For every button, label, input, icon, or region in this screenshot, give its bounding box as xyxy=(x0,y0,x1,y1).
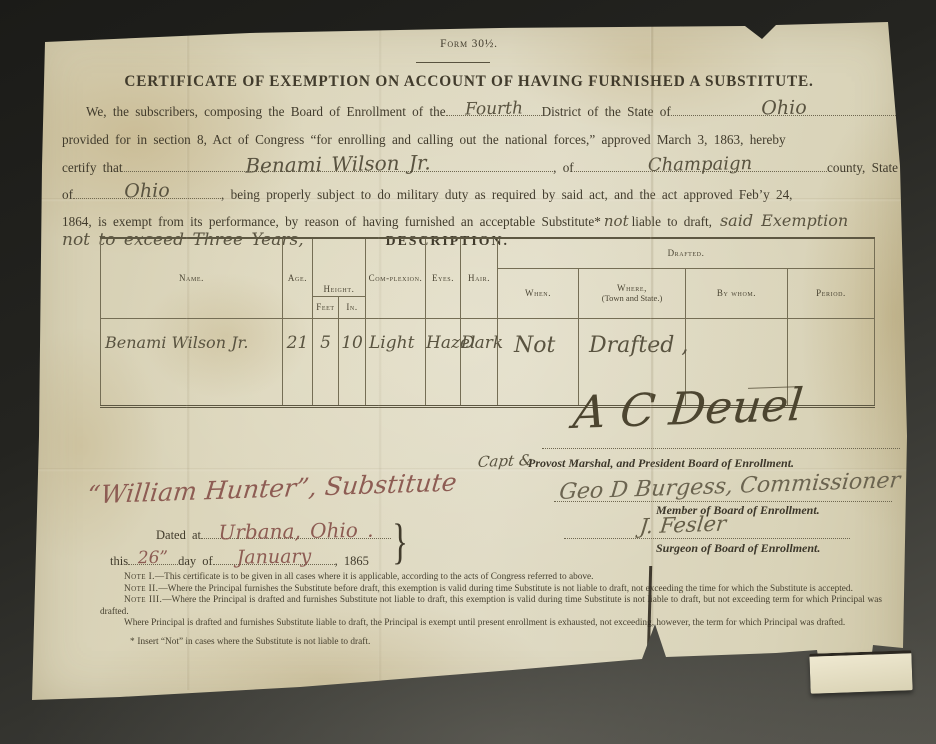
place-blank: Urbana, Ohio . xyxy=(201,538,391,539)
principal-name-entry: Benami Wilson Jr. xyxy=(245,152,431,175)
provost-signature-line xyxy=(542,448,900,449)
col-header-period: Period. xyxy=(788,268,875,318)
year-label: , 1865 xyxy=(335,554,369,569)
dated-line: Dated at Urbana, Ohio . xyxy=(156,528,391,543)
county-entry: Champaign xyxy=(648,155,753,175)
col-header-feet: Feet xyxy=(313,296,339,318)
this-label: this xyxy=(110,554,128,569)
day-line: this 26” day of January , 1865 xyxy=(110,554,369,569)
state-entry: Ohio xyxy=(762,99,808,119)
cell-drafted-when: Not xyxy=(498,318,579,406)
line2-text: provided for in section 8, Act of Congre… xyxy=(62,132,786,148)
cell-inches: 10 xyxy=(339,318,366,406)
col-header-hair: Hair. xyxy=(461,238,498,318)
form-number: Form 30½. xyxy=(26,38,912,50)
note-1: Note I.—This certificate is to be given … xyxy=(100,572,882,584)
paragraph-line-2: provided for in section 8, Act of Congre… xyxy=(62,132,786,148)
notes-block: Note I.—This certificate is to be given … xyxy=(100,572,882,649)
not-insert-entry: not xyxy=(604,212,629,230)
commissioner-signature: Geo D Burgess, Commissioner xyxy=(560,474,899,499)
line5-text: 1864, is exempt from its performance, by… xyxy=(62,214,601,230)
form-number-rule xyxy=(416,62,490,63)
state-blank: Ohio xyxy=(671,115,898,116)
col-header-eyes: Eyes. xyxy=(426,238,461,318)
col-header-when: When. xyxy=(498,268,579,318)
paragraph-line-4: of Ohio , being properly subject to do m… xyxy=(62,187,792,203)
document-paper: Form 30½. CERTIFICATE OF EXEMPTION ON AC… xyxy=(26,16,912,708)
col-header-where: Where, (Town and State.) xyxy=(579,268,686,318)
col-header-age: Age. xyxy=(283,238,313,318)
state2-entry: Ohio xyxy=(124,182,170,202)
photo-background: Form 30½. CERTIFICATE OF EXEMPTION ON AC… xyxy=(0,0,936,744)
surgeon-signature: J. Fesler xyxy=(640,513,726,537)
col-header-height: Height. xyxy=(313,238,366,296)
date-brace: } xyxy=(392,512,408,570)
col-header-by-whom: By whom. xyxy=(686,268,788,318)
torn-corner-flap xyxy=(809,650,912,694)
day-of-label: day of xyxy=(178,554,213,569)
line3-text: certify that xyxy=(62,160,122,176)
place-entry: Urbana, Ohio . xyxy=(218,520,373,543)
cell-complexion: Light xyxy=(366,318,426,406)
cell-name: Benami Wilson Jr. xyxy=(101,318,283,406)
line3-text-2: , of xyxy=(553,160,574,176)
where-sublabel: (Town and State.) xyxy=(602,293,663,303)
note-3: Note III.—Where the Principal is drafted… xyxy=(100,595,882,618)
col-header-name: Name. xyxy=(101,238,283,318)
district-blank: Fourth xyxy=(446,115,542,116)
paragraph-line-3: certify that Benami Wilson Jr. , of Cham… xyxy=(62,160,898,176)
cell-feet: 5 xyxy=(313,318,339,406)
cell-eyes: Hazel xyxy=(426,318,461,406)
col-header-drafted: Drafted. xyxy=(498,238,875,268)
paragraph-line-5: 1864, is exempt from its performance, by… xyxy=(62,211,848,230)
line1-text: We, the subscribers, composing the Board… xyxy=(86,104,446,120)
line1-text-2: District of the State of xyxy=(542,104,671,120)
capt-annotation: Capt & xyxy=(478,452,532,470)
commissioner-signature-line xyxy=(554,501,892,502)
provost-title: Provost Marshal, and President Board of … xyxy=(528,456,794,471)
line5-text-2: liable to draft, xyxy=(632,214,712,230)
paragraph-line-1: We, the subscribers, composing the Board… xyxy=(86,104,898,120)
dated-at-label: Dated at xyxy=(156,528,201,543)
line4-text-2: , being properly subject to do military … xyxy=(221,187,792,203)
month-blank: January xyxy=(213,564,335,565)
note-2: Note II.—Where the Principal furnishes t… xyxy=(100,584,882,596)
note-4: Where Principal is drafted and furnishes… xyxy=(100,618,882,630)
note-footnote: * Insert “Not” in cases where the Substi… xyxy=(100,637,882,649)
col-header-complexion: Com-plexion. xyxy=(366,238,426,318)
where-label: Where, xyxy=(617,283,647,293)
day-entry: 26” xyxy=(138,550,169,568)
surgeon-title: Surgeon of Board of Enrollment. xyxy=(656,541,820,556)
table-header-row-drafted: Name. Age. Height. Com-plexion. Eyes. Ha… xyxy=(101,238,875,268)
line4-text: of xyxy=(62,187,73,203)
substitute-signature: “William Hunter”, Substitute xyxy=(88,474,456,503)
day-blank: 26” xyxy=(128,564,178,565)
cell-age: 21 xyxy=(283,318,313,406)
surgeon-signature-line xyxy=(564,538,850,539)
cell-hair: Dark xyxy=(461,318,498,406)
document-title: CERTIFICATE OF EXEMPTION ON ACCOUNT OF H… xyxy=(26,73,912,91)
col-header-inches: In. xyxy=(339,296,366,318)
line3-text-3: county, State xyxy=(827,160,898,176)
state2-blank: Ohio xyxy=(73,198,221,199)
exemption-entry: said Exemption xyxy=(720,211,848,230)
county-blank: Champaign xyxy=(574,171,827,172)
provost-signature: A C Deuel xyxy=(574,382,802,435)
principal-name-blank: Benami Wilson Jr. xyxy=(122,171,553,172)
district-entry: Fourth xyxy=(464,100,522,118)
month-entry: January xyxy=(236,547,311,567)
